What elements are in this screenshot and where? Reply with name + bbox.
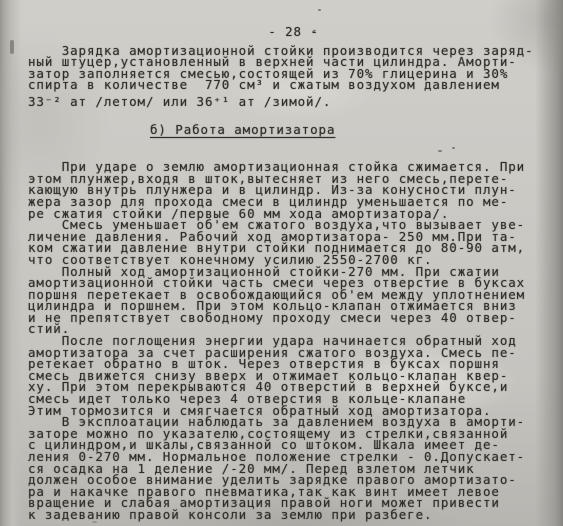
page-text-block: - 28 - Зарядка амортизационной стойки пр… [28,26,543,521]
section-heading-row: б) Работа амортизатора [150,124,543,136]
paragraph-working-stroke: Смесь уменьшает об'ем сжатого воздуха,чт… [28,219,543,265]
paragraph-rebound: После поглощения энергии удара начинаетс… [28,335,543,416]
paragraph-compression: При ударе о землю амортизационная стойка… [28,161,543,219]
section-heading: б) Работа амортизатора [150,124,335,136]
paragraph-operation-notes: В эксплоатации наблюдать за давлением во… [28,416,543,520]
paragraph-charging: Зарядка амортизационной стойки производи… [28,45,543,91]
scan-speck [10,40,14,54]
page-number: - 28 - [28,26,543,38]
scan-speck [318,9,321,11]
pressure-values-line: 33⁻² ат /летом/ или 36⁺¹ ат /зимой/. [28,96,543,108]
paragraph-full-stroke: Полный ход амортизационной стойки-270 мм… [28,266,543,336]
scanned-page: - 28 - Зарядка амортизационной стойки пр… [0,0,563,526]
